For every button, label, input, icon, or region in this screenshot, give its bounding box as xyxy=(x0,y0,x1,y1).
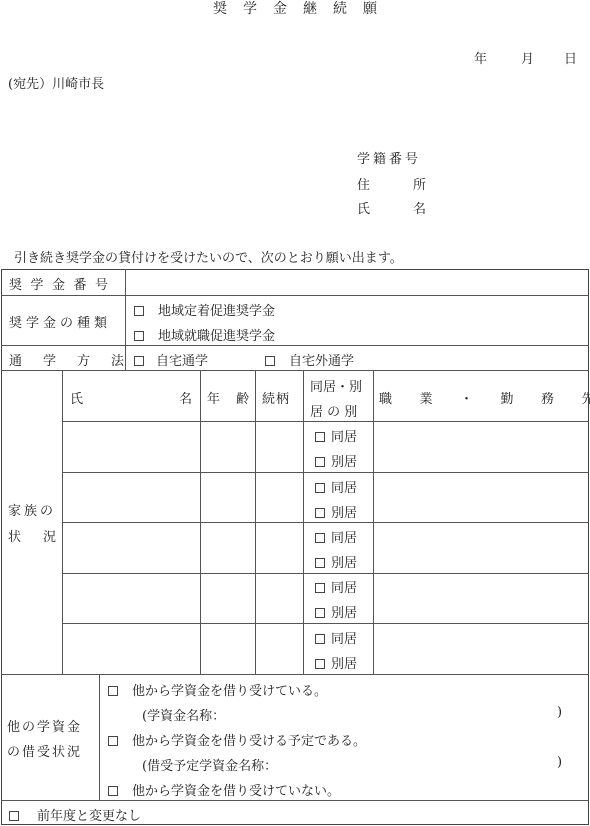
commute-option-away[interactable]: 自宅外通学 xyxy=(265,350,354,369)
row-divider xyxy=(1,674,589,675)
table-border-left xyxy=(1,269,2,825)
other-loans-option-borrowing[interactable]: 他から学資金を借り受けている。 xyxy=(108,680,327,699)
date-day-label: 日 xyxy=(564,48,577,67)
other-loans-option-planned[interactable]: 他から学資金を借り受ける予定である。 xyxy=(108,730,366,749)
cohab-separate-option[interactable]: 別居 xyxy=(315,552,357,571)
scholarship-number-label: 奨学金番号 xyxy=(9,274,117,293)
row-divider xyxy=(1,345,589,346)
cohab-separate-option[interactable]: 別居 xyxy=(315,451,357,470)
loans-label-divider xyxy=(99,674,100,800)
row-divider xyxy=(1,800,589,801)
family-occupation-input[interactable] xyxy=(374,422,588,472)
other-loans-label-line2: の借受状況 xyxy=(7,741,82,760)
table-border-bottom xyxy=(1,824,589,825)
family-name-input[interactable] xyxy=(63,624,200,674)
header-cohab-line1: 同居・別 xyxy=(310,376,362,395)
checkbox-icon[interactable] xyxy=(9,811,19,821)
loan-name-input[interactable] xyxy=(240,704,550,722)
family-name-input[interactable] xyxy=(63,523,200,573)
family-occupation-input[interactable] xyxy=(374,473,588,522)
document-title: 奨学金継続願 xyxy=(0,0,590,18)
family-relation-input[interactable] xyxy=(256,473,303,522)
family-age-input[interactable] xyxy=(201,422,255,472)
addressee: (宛先）川崎市長 xyxy=(8,73,104,92)
table-border-top xyxy=(1,269,589,270)
planned-loan-name-label: (借受予定学資金名称： xyxy=(142,755,277,774)
scholarship-type-option-2[interactable]: 地域就職促進奨学金 xyxy=(134,325,275,344)
family-name-input[interactable] xyxy=(63,422,200,472)
family-relation-divider xyxy=(303,370,304,674)
cohab-together-option[interactable]: 同居 xyxy=(315,426,357,445)
checkbox-icon[interactable] xyxy=(315,558,325,568)
date-year-label: 年 xyxy=(474,48,487,67)
family-label-line1: 家族の xyxy=(8,500,56,519)
checkbox-icon[interactable] xyxy=(315,508,325,518)
family-relation-input[interactable] xyxy=(256,574,303,623)
header-relation: 続柄 xyxy=(262,388,290,407)
cohab-together-option[interactable]: 同居 xyxy=(315,527,357,546)
checkbox-icon[interactable] xyxy=(315,533,325,543)
family-relation-input[interactable] xyxy=(256,422,303,472)
date-month-label: 月 xyxy=(521,48,534,67)
scholarship-type-label: 奨学金の種類 xyxy=(9,312,111,331)
checkbox-icon[interactable] xyxy=(315,659,325,669)
table-border-right xyxy=(588,269,589,825)
other-loans-option-none[interactable]: 他から学資金を借り受けていない。 xyxy=(108,780,340,799)
checkbox-icon[interactable] xyxy=(315,634,325,644)
checkbox-icon[interactable] xyxy=(108,686,118,696)
intro-text: 引き続き奨学金の貸付けを受けたいので、次のとおり願い出ます。 xyxy=(14,247,403,266)
commute-option-home[interactable]: 自宅通学 xyxy=(134,350,208,369)
checkbox-icon[interactable] xyxy=(265,356,275,366)
family-occupation-input[interactable] xyxy=(374,624,588,674)
loan-name-close-paren: ) xyxy=(557,705,562,720)
checkbox-icon[interactable] xyxy=(134,331,144,341)
checkbox-icon[interactable] xyxy=(315,432,325,442)
family-relation-input[interactable] xyxy=(256,624,303,674)
address-label-right: 所 xyxy=(413,174,426,193)
other-loans-label-line1: 他の学資金 xyxy=(7,716,82,735)
family-age-input[interactable] xyxy=(201,574,255,623)
header-age: 年 齢 xyxy=(207,388,255,407)
family-relation-input[interactable] xyxy=(256,523,303,573)
checkbox-icon[interactable] xyxy=(315,608,325,618)
checkbox-icon[interactable] xyxy=(108,736,118,746)
family-occupation-input[interactable] xyxy=(374,523,588,573)
name-label-right: 名 xyxy=(413,198,426,217)
cohab-together-option[interactable]: 同居 xyxy=(315,628,357,647)
planned-loan-name-input[interactable] xyxy=(285,754,550,772)
checkbox-icon[interactable] xyxy=(134,306,144,316)
family-label-line2-right: 況 xyxy=(43,526,56,545)
family-age-input[interactable] xyxy=(201,624,255,674)
address-label-left: 住 xyxy=(357,174,370,193)
student-number-label: 学籍番号 xyxy=(357,148,421,167)
checkbox-icon[interactable] xyxy=(134,356,144,366)
header-name-left: 氏 xyxy=(70,388,83,407)
header-occupation: 職 業 ・ 勤 務 先 xyxy=(379,388,590,407)
checkbox-icon[interactable] xyxy=(315,583,325,593)
header-name-right: 名 xyxy=(179,388,192,407)
family-name-input[interactable] xyxy=(63,473,200,522)
commute-method-label: 通学方法 xyxy=(9,350,145,369)
family-occupation-input[interactable] xyxy=(374,574,588,623)
family-age-input[interactable] xyxy=(201,523,255,573)
cohab-together-option[interactable]: 同居 xyxy=(315,577,357,596)
no-change-option[interactable]: 前年度と変更なし xyxy=(9,805,141,824)
loan-name-label: (学資金名称： xyxy=(142,705,225,724)
family-age-input[interactable] xyxy=(201,473,255,522)
family-label-line2-left: 状 xyxy=(8,526,21,545)
cohab-separate-option[interactable]: 別居 xyxy=(315,502,357,521)
name-label-left: 氏 xyxy=(357,198,370,217)
cohab-together-option[interactable]: 同居 xyxy=(315,477,357,496)
cohab-separate-option[interactable]: 別居 xyxy=(315,653,357,672)
checkbox-icon[interactable] xyxy=(315,483,325,493)
row-divider xyxy=(1,295,589,296)
row-divider xyxy=(1,370,589,371)
planned-loan-name-close-paren: ) xyxy=(557,755,562,770)
scholarship-number-field[interactable] xyxy=(127,271,587,294)
cohab-separate-option[interactable]: 別居 xyxy=(315,602,357,621)
family-name-input[interactable] xyxy=(63,574,200,623)
scholarship-type-option-1[interactable]: 地域定着促進奨学金 xyxy=(134,300,275,319)
header-cohab-line2: 居 の 別 xyxy=(310,401,357,420)
checkbox-icon[interactable] xyxy=(108,786,118,796)
checkbox-icon[interactable] xyxy=(315,457,325,467)
